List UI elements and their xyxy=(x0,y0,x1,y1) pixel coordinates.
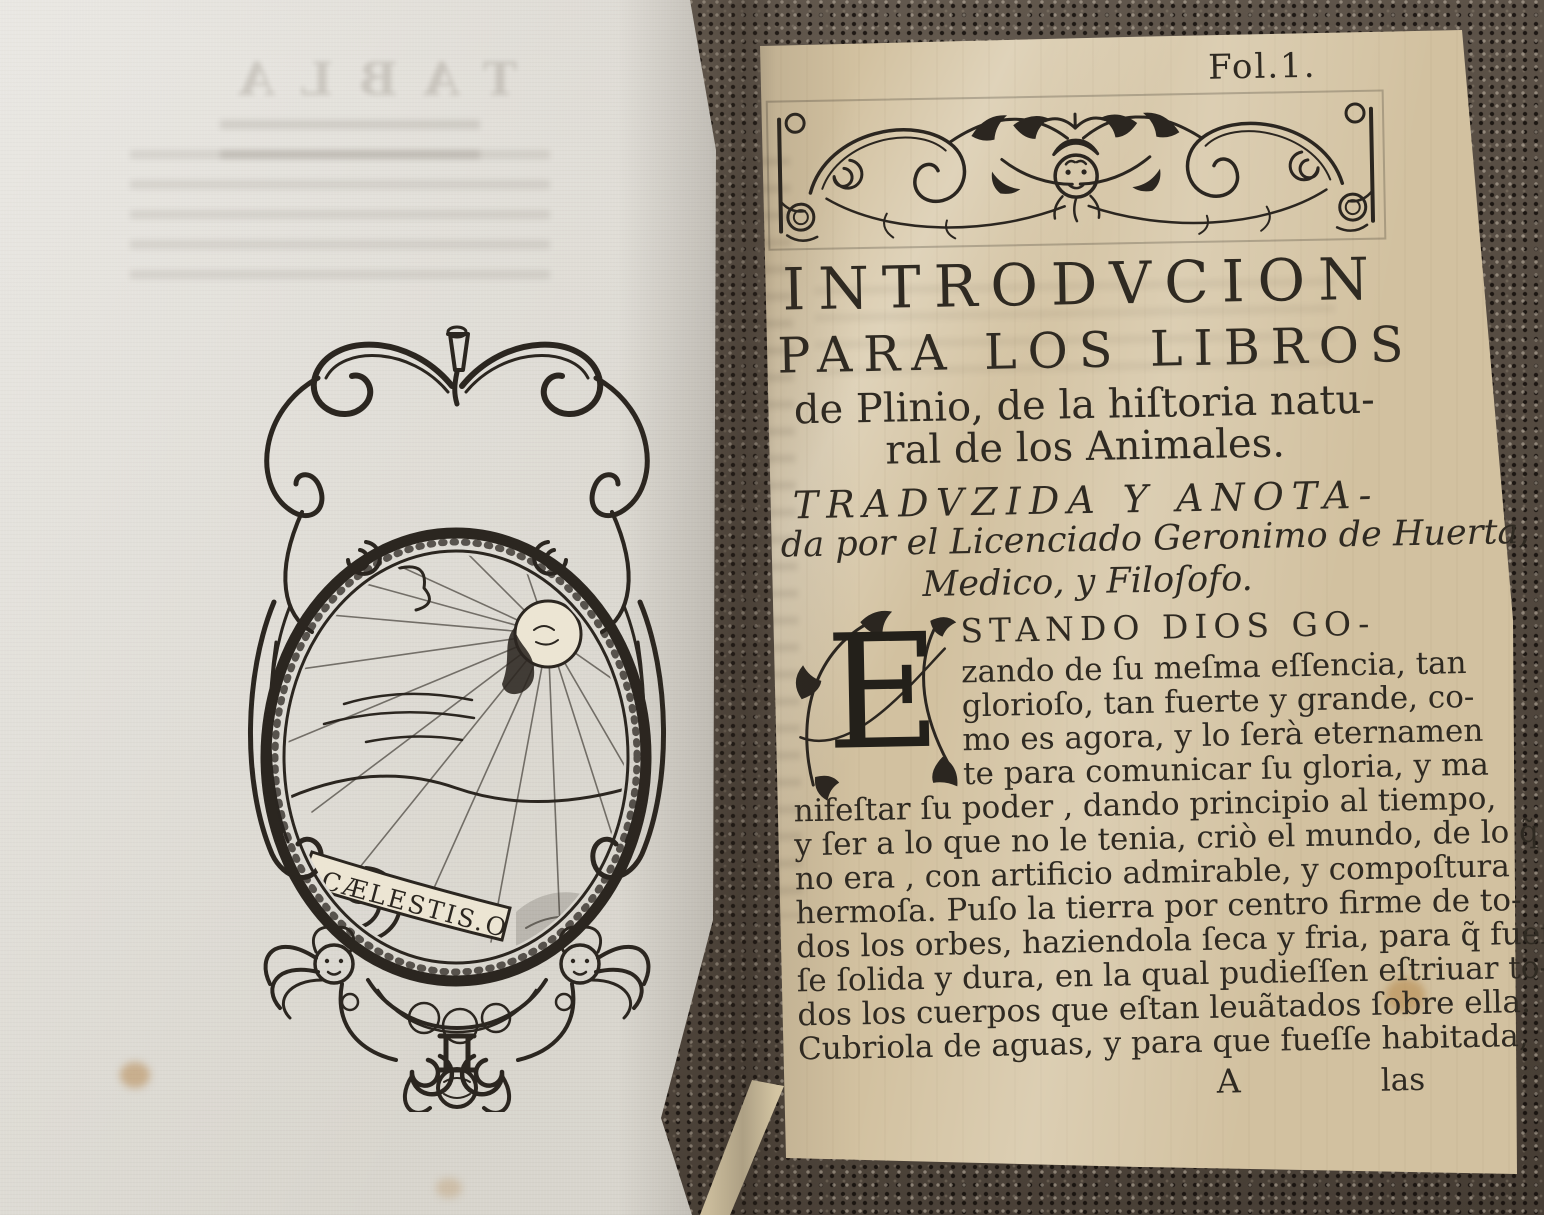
subtitle-line-3: Medico, y Filoſofo. xyxy=(781,556,1394,607)
signature-mark: A xyxy=(1216,1061,1241,1100)
bleedthrough-smudge xyxy=(220,120,480,180)
folio-number: Fol.1. xyxy=(1208,46,1317,88)
title-line-2: PARA LOS LIBROS xyxy=(777,316,1390,384)
right-page-content: Fol.1. xyxy=(750,24,1529,1178)
book-photo: TABLA xyxy=(0,0,1544,1215)
bleedthrough-text: TABLA xyxy=(150,52,580,106)
title-line-1: INTRODVCION xyxy=(776,244,1389,323)
foxing-stain xyxy=(436,1178,462,1198)
drop-cap-woodcut: E xyxy=(790,606,959,801)
printers-device-woodcut: CÆLESTIS.O RIGO xyxy=(216,312,698,1112)
catchword: las xyxy=(1380,1062,1425,1099)
title-line-4: ral de los Animales. xyxy=(779,418,1392,475)
drop-cap-initial: E xyxy=(824,613,942,773)
body-line: STANDO DIOS GO- xyxy=(960,604,1376,651)
headpiece-ornament xyxy=(765,86,1388,253)
foxing-stain xyxy=(120,1062,150,1088)
